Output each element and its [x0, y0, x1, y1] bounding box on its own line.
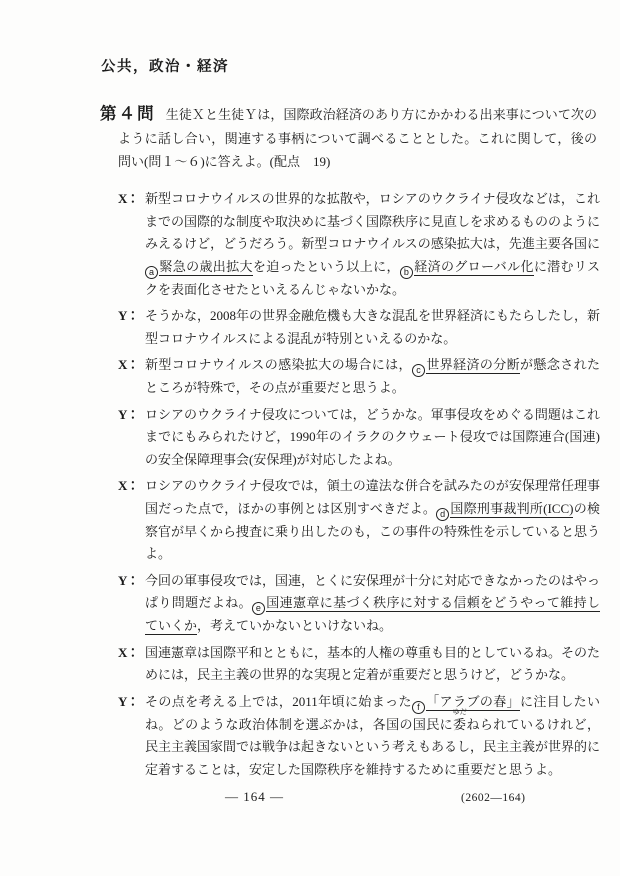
- speaker-label: Y：: [118, 691, 145, 782]
- speaker-label: Y：: [118, 305, 145, 350]
- dialogue-row: X：新型コロナウイルスの感染拡大の場合には，c世界経済の分断が懸念されたところが…: [118, 354, 600, 400]
- speaker-label: X：: [118, 475, 145, 566]
- dialogue-text: 国連憲章は国際平和とともに，基本的人権の尊重も目的としているね。そのためには，民…: [145, 642, 600, 687]
- exam-page: 公共，政治・経済 第４問生徒Ｘと生徒Ｙは，国際政治経済のあり方にかかわる出来事に…: [0, 0, 620, 876]
- underlined-phrase: 「アラブの春」: [426, 694, 520, 711]
- circled-letter-d: d: [436, 508, 449, 521]
- circled-letter-e: e: [252, 602, 265, 615]
- dialogue-text: 新型コロナウイルスの世界的な拡散や，ロシアのウクライナ侵攻などは，これまでの国際…: [145, 188, 600, 301]
- circled-letter-b: b: [400, 266, 413, 279]
- dialogue-row: Y：そうかな，2008年の世界金融危機も大きな混乱を世界経済にもたらしたし，新型…: [118, 305, 600, 350]
- speaker-label: X：: [118, 354, 145, 400]
- dialogue-text: そうかな，2008年の世界金融危機も大きな混乱を世界経済にもたらしたし，新型コロ…: [145, 305, 600, 350]
- circled-letter-c: c: [412, 364, 425, 377]
- underlined-phrase: 世界経済の分断: [426, 357, 520, 374]
- dialogue-text: ロシアのウクライナ侵攻については，どうかな。軍事侵攻をめぐる問題はこれまでにもみ…: [145, 404, 600, 472]
- dialogue-row: X：ロシアのウクライナ侵攻では，領土の違法な併合を試みたのが安保理常任理事国だっ…: [118, 475, 600, 566]
- dialogue-row: Y：今回の軍事侵攻では，国連，とくに安保理が十分に対応できなかったのはやっぱり問…: [118, 570, 600, 638]
- print-code: (2602—164): [461, 792, 525, 804]
- speaker-label: X：: [118, 642, 145, 687]
- circled-letter-f: f: [412, 701, 425, 714]
- dialogue-row: X：新型コロナウイルスの世界的な拡散や，ロシアのウクライナ侵攻などは，これまでの…: [118, 188, 600, 301]
- dialogue-row: X：国連憲章は国際平和とともに，基本的人権の尊重も目的としているね。そのためには…: [118, 642, 600, 687]
- underlined-phrase: 国際刑事裁判所(ICC): [450, 501, 573, 518]
- dialogue-text: 今回の軍事侵攻では，国連，とくに安保理が十分に対応できなかったのはやっぱり問題だ…: [145, 570, 600, 638]
- underlined-phrase: 緊急の歳出拡大: [159, 259, 253, 276]
- subject-title: 公共，政治・経済: [101, 55, 229, 76]
- page-number: — 164 —: [225, 789, 284, 805]
- speaker-label: Y：: [118, 404, 145, 472]
- dialogue-text: その点を考える上では，2011年頃に始まったf「アラブの春」に注目したいね。どの…: [145, 691, 600, 782]
- dialogue-row: Y：ロシアのウクライナ侵攻については，どうかな。軍事侵攻をめぐる問題はこれまでに…: [118, 404, 600, 472]
- question-intro: 第４問生徒Ｘと生徒Ｙは，国際政治経済のあり方にかかわる出来事について次のように話…: [118, 103, 597, 174]
- dialogue-text: 新型コロナウイルスの感染拡大の場合には，c世界経済の分断が懸念されたところが特殊…: [145, 354, 600, 400]
- question-number: 第４問: [100, 105, 156, 123]
- underlined-phrase: 経済のグローバル化: [414, 259, 534, 276]
- dialogue: X：新型コロナウイルスの世界的な拡散や，ロシアのウクライナ侵攻などは，これまでの…: [118, 188, 600, 785]
- speaker-label: X：: [118, 188, 145, 301]
- circled-letter-a: a: [145, 266, 158, 279]
- question-intro-text: 生徒Ｘと生徒Ｙは，国際政治経済のあり方にかかわる出来事について次のように話し合い…: [118, 107, 597, 169]
- furigana: ゆだ: [453, 709, 467, 716]
- underlined-phrase: 国連憲章に基づく秩序に対する信頼をどうやって維持していくか: [145, 595, 600, 635]
- dialogue-text: ロシアのウクライナ侵攻では，領土の違法な併合を試みたのが安保理常任理事国だった点…: [145, 475, 600, 566]
- dialogue-row: Y：その点を考える上では，2011年頃に始まったf「アラブの春」に注目したいね。…: [118, 691, 600, 782]
- ruby-annotation: 委ゆだ: [453, 717, 466, 732]
- speaker-label: Y：: [118, 570, 145, 638]
